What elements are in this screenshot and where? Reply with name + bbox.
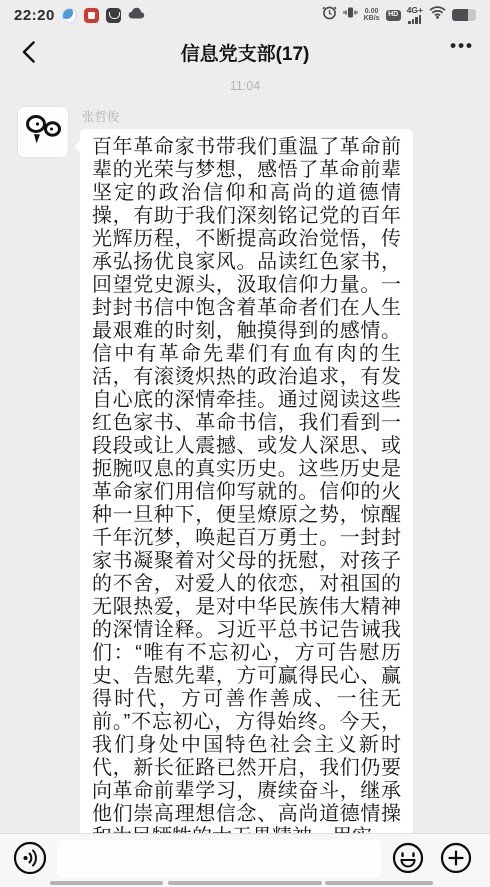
message-row: 张哲俊 百年革命家书带我们重温了革命前辈的光荣与梦想，感悟了革命前辈坚定的政治信… — [0, 107, 490, 833]
avatar[interactable] — [18, 107, 68, 157]
red-app-icon — [84, 8, 99, 23]
message-input[interactable] — [57, 840, 381, 878]
emoji-button[interactable] — [392, 842, 424, 874]
emoji-icon — [392, 842, 424, 874]
nav-bar: 信息党支部(17) ••• — [0, 30, 490, 74]
wechat-chat-screen: 22:20 0.00 KB/s HD 4G+ — [0, 0, 490, 887]
chat-area: 11:04 张哲俊 百年革命家书带我们重温了革命前辈的光荣与梦想，感悟了革命前辈… — [0, 74, 490, 833]
alarm-icon — [322, 5, 337, 25]
plus-icon — [440, 842, 472, 874]
message-timestamp: 11:04 — [0, 79, 490, 93]
clock-time: 22:20 — [14, 7, 55, 24]
vibrate-icon — [343, 5, 358, 25]
bubble-tail — [74, 140, 87, 153]
back-icon — [22, 41, 35, 63]
message-text: 百年革命家书带我们重温了革命前辈的光荣与梦想，感悟了革命前辈坚定的政治信仰和高尚… — [92, 136, 401, 833]
battery-icon — [452, 9, 476, 21]
back-button[interactable] — [14, 38, 42, 66]
sender-name: 张哲俊 — [80, 107, 413, 125]
input-bar — [0, 833, 490, 887]
voice-button[interactable] — [13, 841, 47, 875]
network-speed: 0.00 KB/s — [364, 8, 380, 23]
dark-app-icon — [106, 8, 121, 23]
voice-icon — [13, 841, 47, 875]
hd-icon: HD — [386, 10, 401, 21]
wifi-icon — [429, 6, 446, 24]
cloud-icon — [128, 6, 145, 24]
plus-button[interactable] — [440, 842, 472, 874]
message-bubble[interactable]: 百年革命家书带我们重温了革命前辈的光荣与梦想，感悟了革命前辈坚定的政治信仰和高尚… — [80, 129, 413, 833]
keyboard-hint-bars — [0, 881, 490, 885]
browser-icon — [62, 8, 77, 23]
more-button[interactable]: ••• — [450, 36, 474, 56]
status-bar: 22:20 0.00 KB/s HD 4G+ — [0, 0, 490, 30]
doodle-glasses-icon — [18, 107, 68, 157]
signal-bars-icon: 4G+ — [407, 6, 423, 24]
chat-title: 信息党支部(17) — [0, 39, 490, 66]
